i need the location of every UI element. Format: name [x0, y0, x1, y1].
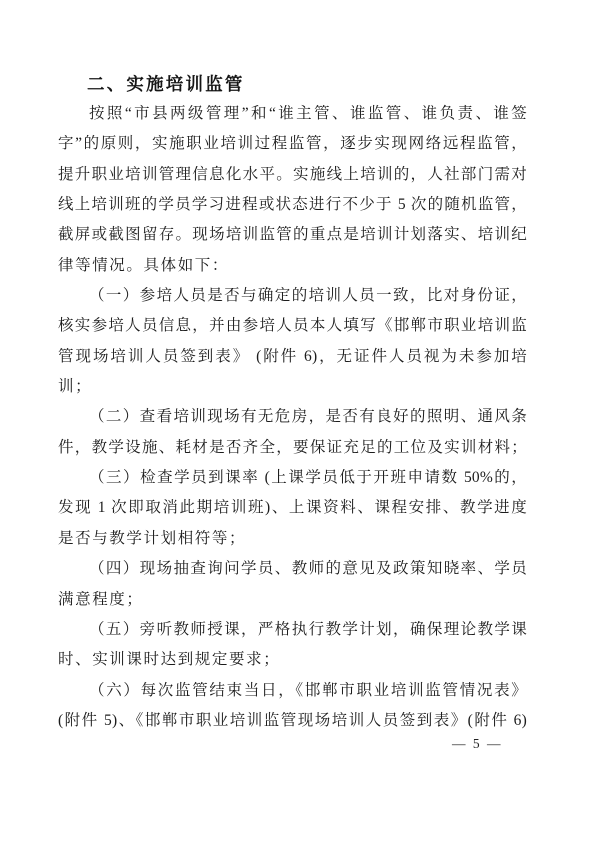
text-line: 线上培训班的学员学习进程或状态进行不少于 5 次的随机监管，	[58, 190, 527, 220]
document-body: 按照“市县两级管理”和“谁主管、谁监管、谁负责、谁签字”的原则，实施职业培训过程…	[58, 99, 527, 736]
text-line: 满意程度；	[58, 585, 527, 615]
text-line: 件，教学设施、耗材是否齐全，要保证充足的工位及实训材料；	[58, 433, 527, 463]
text-line: （五）旁听教师授课，严格执行教学计划，确保理论教学课	[58, 615, 527, 645]
text-line: 时、实训课时达到规定要求；	[58, 645, 527, 675]
text-line: 管现场培训人员签到表》 (附件 6)，无证件人员视为未参加培	[58, 342, 527, 372]
text-line: 训；	[58, 372, 527, 402]
text-line: 字”的原则，实施职业培训过程监管，逐步实现网络远程监管，	[58, 129, 527, 159]
text-line: （二）查看培训现场有无危房，是否有良好的照明、通风条	[58, 402, 527, 432]
text-line: 按照“市县两级管理”和“谁主管、谁监管、谁负责、谁签	[58, 99, 527, 129]
text-line: 截屏或截图留存。现场培训监管的重点是培训计划落实、培训纪	[58, 220, 527, 250]
text-line: 提升职业培训管理信息化水平。实施线上培训的，人社部门需对	[58, 160, 527, 190]
text-line: （四）现场抽查询问学员、教师的意见及政策知晓率、学员	[58, 554, 527, 584]
text-line: 是否与教学计划相符等；	[58, 524, 527, 554]
text-line: (附件 5)、《邯郸市职业培训监管现场培训人员签到表》(附件 6)	[58, 706, 527, 736]
document-page: 二、实施培训监管 按照“市县两级管理”和“谁主管、谁监管、谁负责、谁签字”的原则…	[0, 0, 595, 842]
text-line: 核实参培人员信息，并由参培人员本人填写《邯郸市职业培训监	[58, 311, 527, 341]
text-line: （六）每次监管结束当日，《邯郸市职业培训监管情况表》	[58, 676, 527, 706]
text-line: 发现 1 次即取消此期培训班)、上课资料、课程安排、教学进度	[58, 493, 527, 523]
page-number: — 5 —	[452, 736, 503, 752]
text-line: （三）检查学员到课率 (上课学员低于开班申请数 50%的，	[58, 463, 527, 493]
section-heading: 二、实施培训监管	[87, 76, 245, 94]
text-line: 律等情况。具体如下：	[58, 251, 527, 281]
text-line: （一）参培人员是否与确定的培训人员一致，比对身份证，	[58, 281, 527, 311]
